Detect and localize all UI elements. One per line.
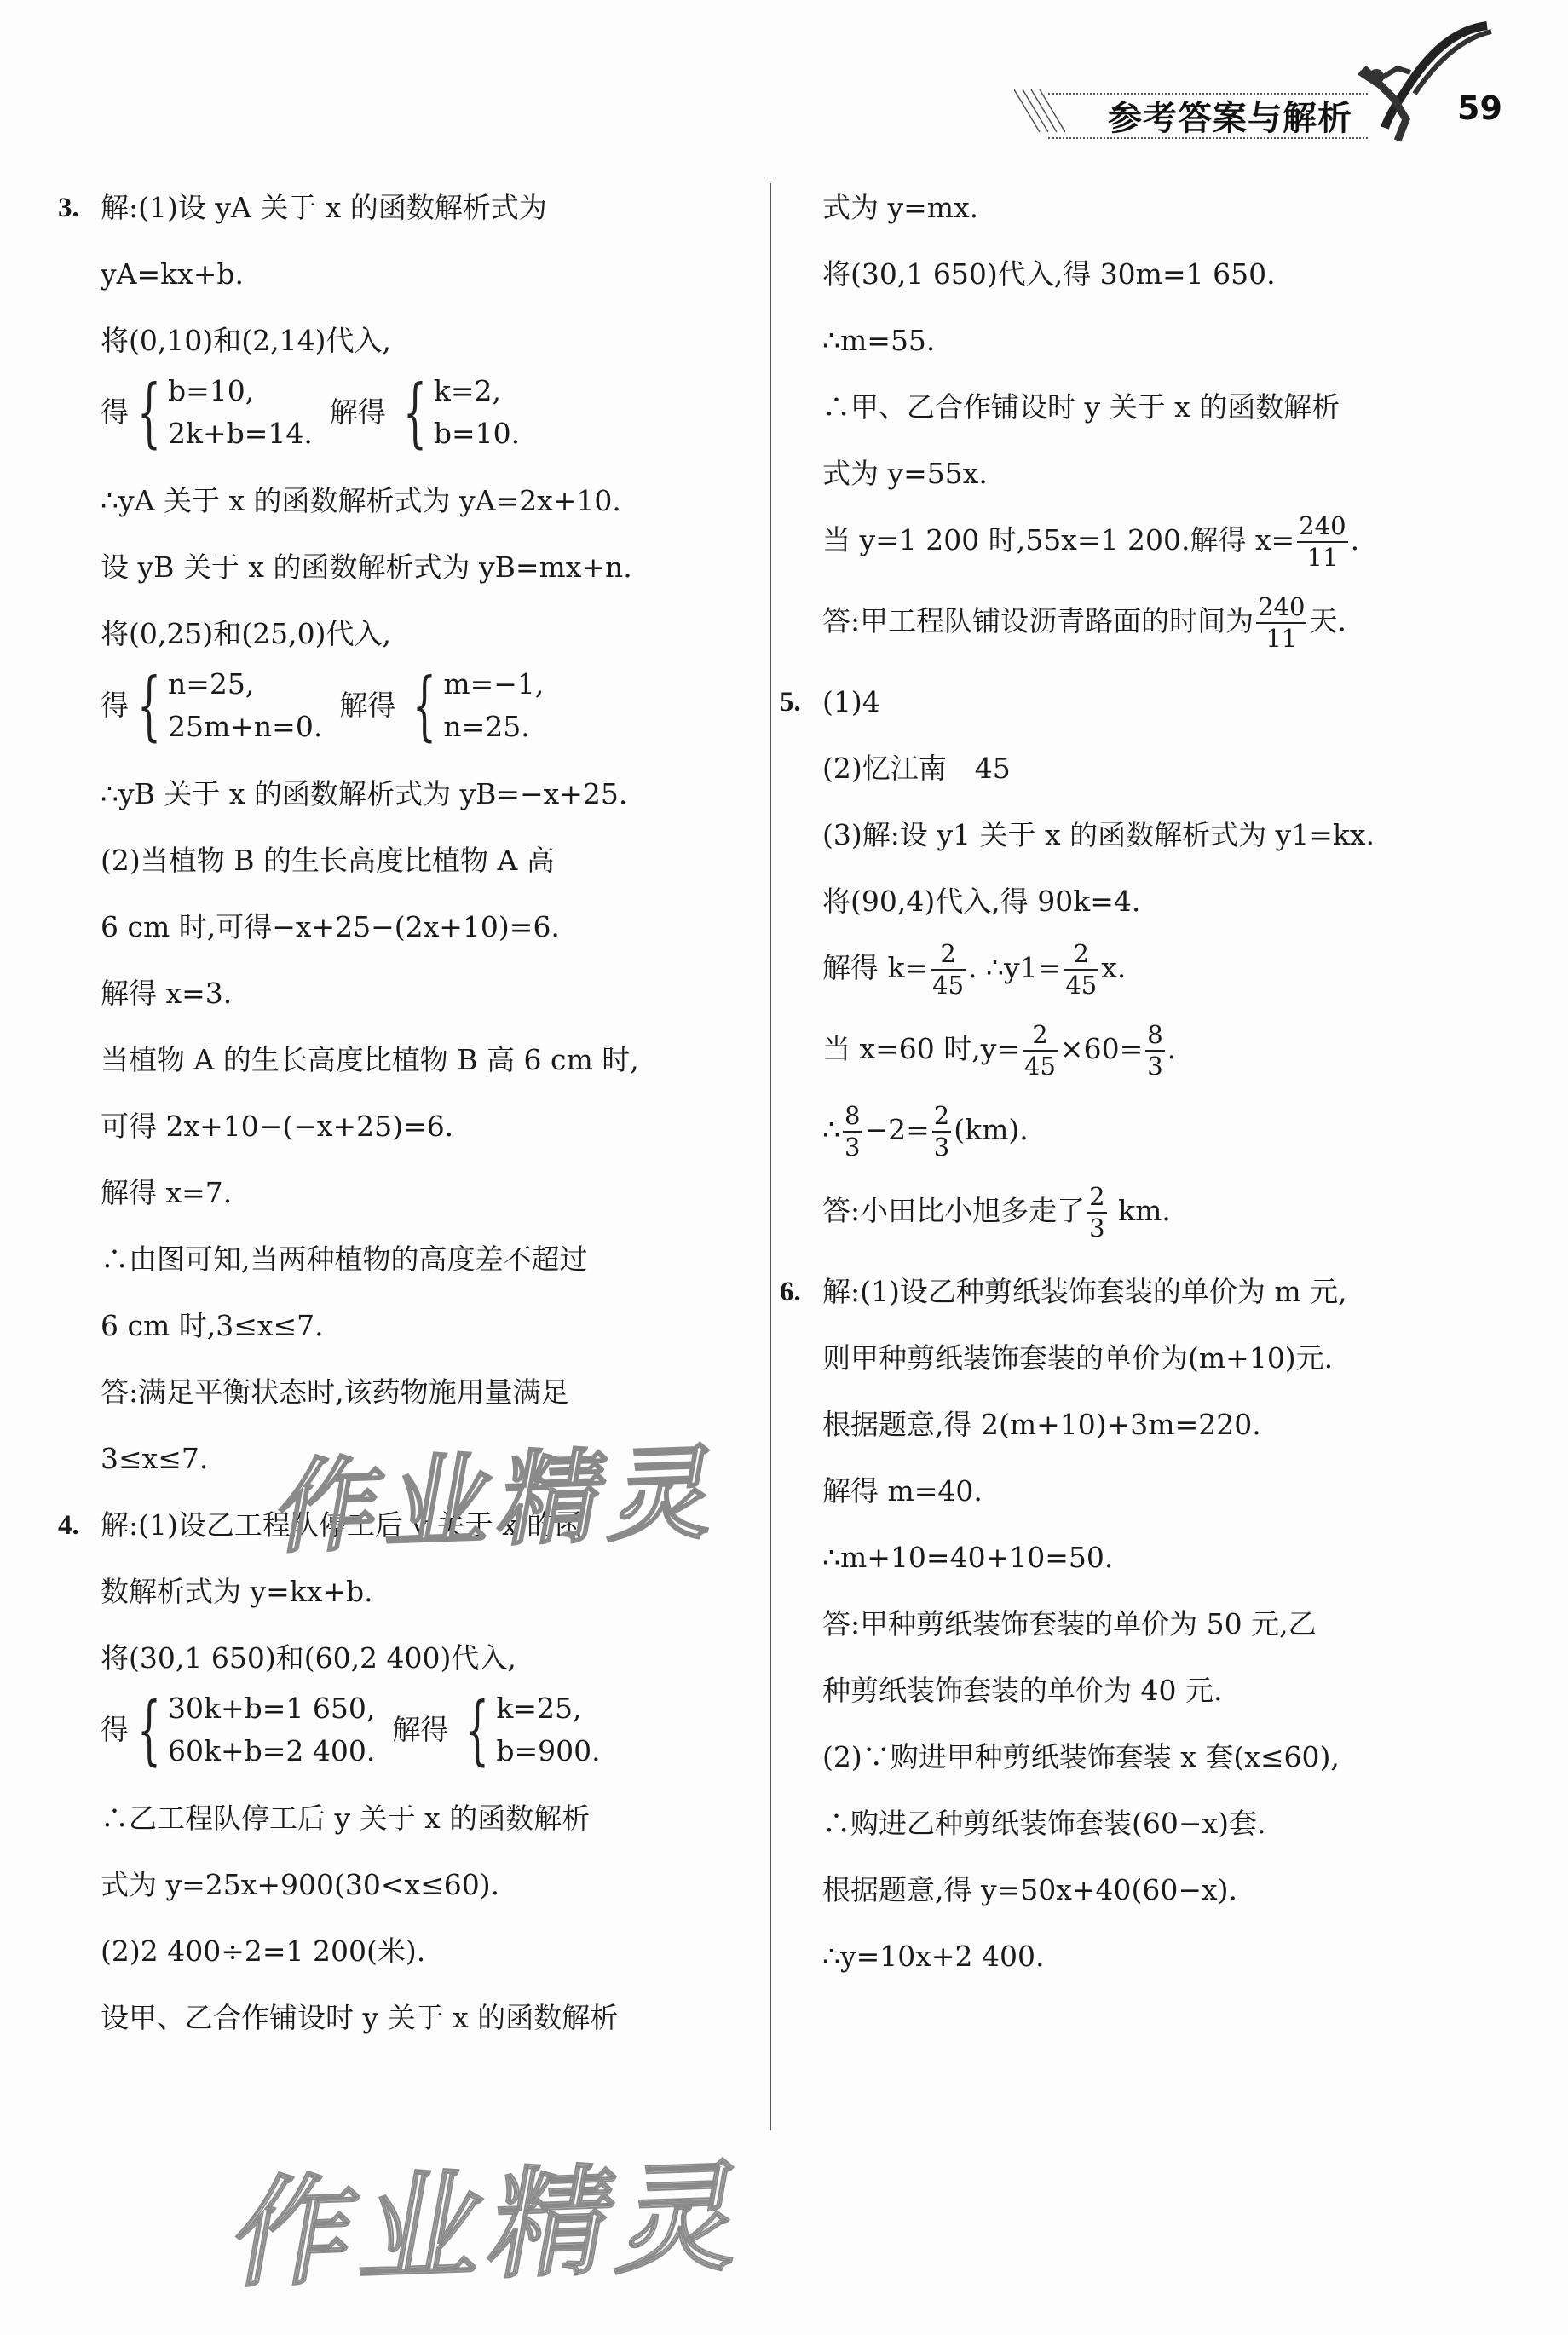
answer-line: 答:甲种剪纸装饰套装的单价为 50 元,乙 bbox=[822, 1591, 1504, 1658]
fraction: 245 bbox=[1064, 942, 1098, 998]
answer-line: (2)∵购进甲种剪纸装饰套装 x 套(x≤60), bbox=[822, 1724, 1504, 1790]
equation-system: 得 { 30k+b=1 650,60k+b=2 400. 解得 { k=25,b… bbox=[101, 1692, 782, 1785]
brace-icon: { bbox=[137, 668, 161, 743]
answer-line: 6. 解:(1)设乙种剪纸装饰套装的单价为 m 元, bbox=[822, 1259, 1504, 1325]
answer-line: ∴由图可知,当两种植物的高度差不超过 bbox=[101, 1226, 782, 1293]
answer-line: ∴m=55. bbox=[822, 308, 1504, 374]
answer-line: (2)忆江南 45 bbox=[822, 735, 1504, 802]
answer-line: 答:甲工程队铺设沥青路面的时间为24011天. bbox=[822, 588, 1504, 669]
fraction: 24011 bbox=[1297, 514, 1347, 570]
answer-line: ∴乙工程队停工后 y 关于 x 的函数解析 bbox=[101, 1785, 782, 1852]
fraction: 23 bbox=[1087, 1185, 1106, 1241]
question-number: 3. bbox=[58, 175, 79, 241]
fraction: 245 bbox=[931, 942, 966, 998]
answer-line: (2)2 400÷2=1 200(米). bbox=[101, 1918, 782, 1985]
answer-line: 将(0,25)和(25,0)代入, bbox=[101, 601, 782, 667]
answer-line: 4. 解:(1)设乙工程队停工后 y 关于 x 的函 bbox=[101, 1492, 782, 1559]
answer-line: yA=kx+b. bbox=[101, 241, 782, 308]
answer-line: 数解析式为 y=kx+b. bbox=[101, 1559, 782, 1625]
fraction: 83 bbox=[843, 1104, 862, 1160]
answer-line: 式为 y=mx. bbox=[822, 175, 1504, 241]
answer-line: ∴yA 关于 x 的函数解析式为 yA=2x+10. bbox=[101, 468, 782, 534]
answer-line: 解得 x=7. bbox=[101, 1160, 782, 1226]
page-number: 59 bbox=[1457, 89, 1502, 127]
answer-line: 将(90,4)代入,得 90k=4. bbox=[822, 868, 1504, 935]
answer-line: ∴y=10x+2 400. bbox=[822, 1923, 1504, 1990]
answer-line: 将(0,10)和(2,14)代入, bbox=[101, 308, 782, 374]
answer-line: (3)解:设 y1 关于 x 的函数解析式为 y1=kx. bbox=[822, 802, 1504, 868]
page-title: 参考答案与解析 bbox=[1108, 91, 1352, 140]
answer-line: 答:小田比小旭多走了23 km. bbox=[822, 1178, 1504, 1259]
fraction: 23 bbox=[932, 1104, 951, 1160]
answer-line: 根据题意,得 y=50x+40(60−x). bbox=[822, 1857, 1504, 1923]
answer-line: 解得 m=40. bbox=[822, 1458, 1504, 1525]
answer-line: ∴甲、乙合作铺设时 y 关于 x 的函数解析 bbox=[822, 374, 1504, 441]
brace-icon: { bbox=[137, 375, 161, 450]
answer-line: 答:满足平衡状态时,该药物施用量满足 bbox=[101, 1359, 782, 1426]
answer-line: 设甲、乙合作铺设时 y 关于 x 的函数解析 bbox=[101, 1985, 782, 2051]
answer-line: 5. (1)4 bbox=[822, 669, 1504, 735]
brace-icon: { bbox=[137, 1692, 161, 1767]
answer-line: 可得 2x+10−(−x+25)=6. bbox=[101, 1093, 782, 1160]
equation-system: 得 { b=10,2k+b=14. 解得 { k=2,b=10. bbox=[101, 374, 782, 468]
answer-line: 则甲种剪纸装饰套装的单价为(m+10)元. bbox=[822, 1325, 1504, 1392]
watermark: 作业精灵 bbox=[222, 2122, 767, 2311]
answer-line: 解得 x=3. bbox=[101, 960, 782, 1027]
equation-system: 得 { n=25,25m+n=0. 解得 { m=−1,n=25. bbox=[101, 667, 782, 761]
answer-line: 将(30,1 650)和(60,2 400)代入, bbox=[101, 1625, 782, 1692]
answer-line: ∴83−2=23(km). bbox=[822, 1097, 1504, 1178]
answer-line: ∴m+10=40+10=50. bbox=[822, 1525, 1504, 1591]
answer-line: 将(30,1 650)代入,得 30m=1 650. bbox=[822, 241, 1504, 308]
answer-line: 当 y=1 200 时,55x=1 200.解得 x=24011. bbox=[822, 507, 1504, 588]
answer-line: 根据题意,得 2(m+10)+3m=220. bbox=[822, 1392, 1504, 1458]
question-number: 4. bbox=[58, 1492, 79, 1559]
answer-line: 6 cm 时,可得−x+25−(2x+10)=6. bbox=[101, 894, 782, 960]
answer-line: 6 cm 时,3≤x≤7. bbox=[101, 1293, 782, 1359]
fraction: 24011 bbox=[1256, 595, 1306, 651]
brace-icon: { bbox=[412, 668, 436, 743]
left-column: 3. 解:(1)设 yA 关于 x 的函数解析式为 yA=kx+b. 将(0,1… bbox=[101, 175, 782, 2051]
answer-line: 3. 解:(1)设 yA 关于 x 的函数解析式为 bbox=[101, 175, 782, 241]
answer-line: 3≤x≤7. bbox=[101, 1426, 782, 1492]
answer-line: (2)当植物 B 的生长高度比植物 A 高 bbox=[101, 827, 782, 894]
fraction: 245 bbox=[1023, 1023, 1058, 1079]
question-number: 6. bbox=[780, 1259, 801, 1325]
brace-icon: { bbox=[403, 375, 427, 450]
runner-logo-icon bbox=[1325, 21, 1496, 149]
right-column: 式为 y=mx. 将(30,1 650)代入,得 30m=1 650. ∴m=5… bbox=[822, 175, 1504, 1990]
answer-line: ∴yB 关于 x 的函数解析式为 yB=−x+25. bbox=[101, 761, 782, 827]
answer-line: 式为 y=55x. bbox=[822, 441, 1504, 507]
fraction: 83 bbox=[1145, 1023, 1164, 1079]
answer-line: 种剪纸装饰套装的单价为 40 元. bbox=[822, 1658, 1504, 1724]
question-number: 5. bbox=[780, 669, 801, 735]
answer-line: 解得 k=245. ∴y1=245x. bbox=[822, 935, 1504, 1016]
brace-icon: { bbox=[465, 1692, 489, 1767]
answer-line: 设 yB 关于 x 的函数解析式为 yB=mx+n. bbox=[101, 534, 782, 601]
answer-line: 当植物 A 的生长高度比植物 B 高 6 cm 时, bbox=[101, 1027, 782, 1093]
answer-line: ∴购进乙种剪纸装饰套装(60−x)套. bbox=[822, 1790, 1504, 1857]
answer-line: 式为 y=25x+900(30<x≤60). bbox=[101, 1852, 782, 1918]
answer-line: 当 x=60 时,y=245×60=83. bbox=[822, 1016, 1504, 1097]
